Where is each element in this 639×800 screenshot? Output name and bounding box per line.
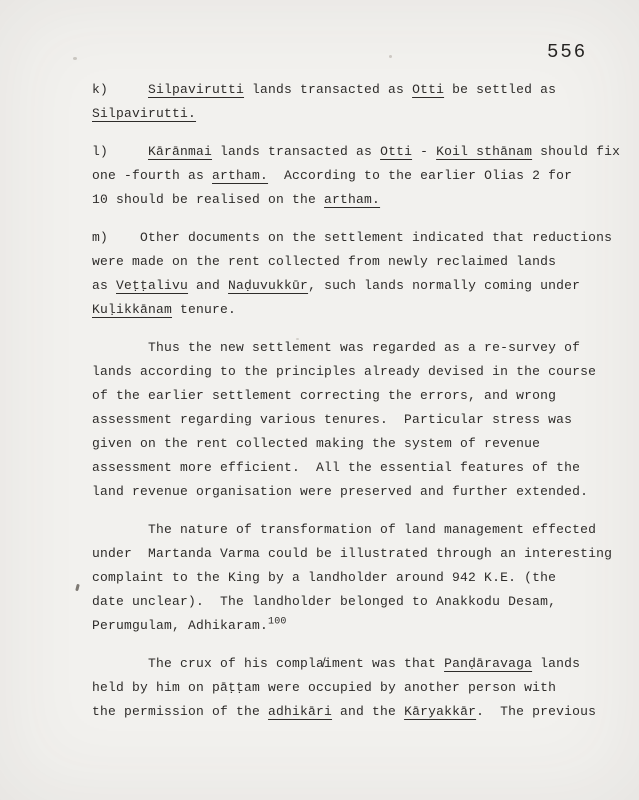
text-segment: . The previous xyxy=(476,704,596,719)
underlined-term: Naḍuvukkūr xyxy=(228,278,308,293)
text-line: given on the rent collected making the s… xyxy=(92,432,620,456)
underlined-term: Panḍāravaga xyxy=(444,656,532,671)
text-segment: of the earlier settlement correcting the… xyxy=(92,388,556,403)
text-line: complaint to the King by a landholder ar… xyxy=(92,566,620,590)
underlined-term: Kuḷikkānam xyxy=(92,302,172,317)
text-segment: lands transacted as xyxy=(244,82,412,97)
text-line: date unclear). The landholder belonged t… xyxy=(92,590,620,614)
text-line: l) Kārānmai lands transacted as Otti - K… xyxy=(92,140,620,164)
text-line: m) Other documents on the settlement ind… xyxy=(92,226,620,250)
underlined-term: Koil sthānam xyxy=(436,144,532,159)
text-segment: complaint to the King by a landholder ar… xyxy=(92,570,556,585)
text-segment: were made on the rent collected from new… xyxy=(92,254,556,269)
text-segment: assessment more efficient. All the essen… xyxy=(92,460,580,475)
text-segment: Thus the new settlement was regarded as … xyxy=(92,340,580,355)
text-segment: k) xyxy=(92,82,148,97)
text-segment: , such lands normally coming under xyxy=(308,278,580,293)
text-segment: and xyxy=(188,278,228,293)
text-line: assessment more efficient. All the essen… xyxy=(92,456,620,480)
text-line: lands according to the principles alread… xyxy=(92,360,620,384)
text-segment: lands xyxy=(532,656,580,671)
text-line: as Veṭṭalivu and Naḍuvukkūr, such lands … xyxy=(92,274,620,298)
text-line: k) Silpavirutti lands transacted as Otti… xyxy=(92,78,620,102)
text-segment: under Martanda Varma could be illustrate… xyxy=(92,546,612,561)
text-segment: given on the rent collected making the s… xyxy=(92,436,540,451)
text-segment: 10 should be realised on the xyxy=(92,192,324,207)
scanned-document-page: 556 k) Silpavirutti lands transacted as … xyxy=(0,0,639,800)
scan-speck xyxy=(73,57,77,60)
underlined-term: Veṭṭalivu xyxy=(116,278,188,293)
text-segment: land revenue organisation were preserved… xyxy=(92,484,588,499)
paragraph: k) Silpavirutti lands transacted as Otti… xyxy=(92,78,620,126)
text-line: were made on the rent collected from new… xyxy=(92,250,620,274)
text-segment: as xyxy=(92,278,116,293)
text-segment: the permission of the xyxy=(92,704,268,719)
paragraph: Thus the new settlement was regarded as … xyxy=(92,336,620,504)
text-segment: The crux of his compla̸iment was that xyxy=(92,656,444,671)
underlined-term: Silpavirutti xyxy=(148,82,244,97)
text-line: Thus the new settlement was regarded as … xyxy=(92,336,620,360)
text-line: assessment regarding various tenures. Pa… xyxy=(92,408,620,432)
text-segment: m) Other documents on the settlement ind… xyxy=(92,230,612,245)
paragraph: m) Other documents on the settlement ind… xyxy=(92,226,620,322)
text-segment: tenure. xyxy=(172,302,236,317)
underlined-term: Otti xyxy=(380,144,412,159)
text-segment: held by him on pāṭṭam were occupied by a… xyxy=(92,680,556,695)
text-line: The crux of his compla̸iment was that Pa… xyxy=(92,652,620,676)
text-line: the permission of the adhikāri and the K… xyxy=(92,700,620,724)
text-segment: should fix xyxy=(532,144,620,159)
footnote-ref: 100 xyxy=(268,617,287,628)
text-segment: l) xyxy=(92,144,148,159)
text-line: Kuḷikkānam tenure. xyxy=(92,298,620,322)
scan-speck xyxy=(75,584,80,592)
page-number: 556 xyxy=(547,41,587,63)
paragraph: l) Kārānmai lands transacted as Otti - K… xyxy=(92,140,620,212)
text-segment: be settled as xyxy=(444,82,556,97)
underlined-term: Kārānmai xyxy=(148,144,212,159)
underlined-term: adhikāri xyxy=(268,704,332,719)
text-line: Silpavirutti. xyxy=(92,102,620,126)
underlined-term: artham. xyxy=(324,192,380,207)
underlined-term: Kāryakkār xyxy=(404,704,476,719)
text-line: under Martanda Varma could be illustrate… xyxy=(92,542,620,566)
text-segment: one -fourth as xyxy=(92,168,212,183)
text-segment: The nature of transformation of land man… xyxy=(92,522,596,537)
underlined-term: Otti xyxy=(412,82,444,97)
text-line: The nature of transformation of land man… xyxy=(92,518,620,542)
text-segment: According to the earlier Olias 2 for xyxy=(268,168,572,183)
text-segment: - xyxy=(412,144,436,159)
text-line: land revenue organisation were preserved… xyxy=(92,480,620,504)
text-segment: lands transacted as xyxy=(212,144,380,159)
paragraph: The crux of his compla̸iment was that Pa… xyxy=(92,652,620,724)
underlined-term: artham. xyxy=(212,168,268,183)
document-body: k) Silpavirutti lands transacted as Otti… xyxy=(92,78,620,738)
text-segment: Perumgulam, Adhikaram. xyxy=(92,618,268,633)
text-line: held by him on pāṭṭam were occupied by a… xyxy=(92,676,620,700)
text-line: of the earlier settlement correcting the… xyxy=(92,384,620,408)
text-line: one -fourth as artham. According to the … xyxy=(92,164,620,188)
text-line: 10 should be realised on the artham. xyxy=(92,188,620,212)
scan-speck xyxy=(389,55,392,58)
underlined-term: Silpavirutti. xyxy=(92,106,196,121)
text-segment: and the xyxy=(332,704,404,719)
text-segment: assessment regarding various tenures. Pa… xyxy=(92,412,572,427)
text-segment: lands according to the principles alread… xyxy=(92,364,596,379)
text-segment: date unclear). The landholder belonged t… xyxy=(92,594,556,609)
paragraph: The nature of transformation of land man… xyxy=(92,518,620,638)
text-line: Perumgulam, Adhikaram.100 xyxy=(92,614,620,638)
